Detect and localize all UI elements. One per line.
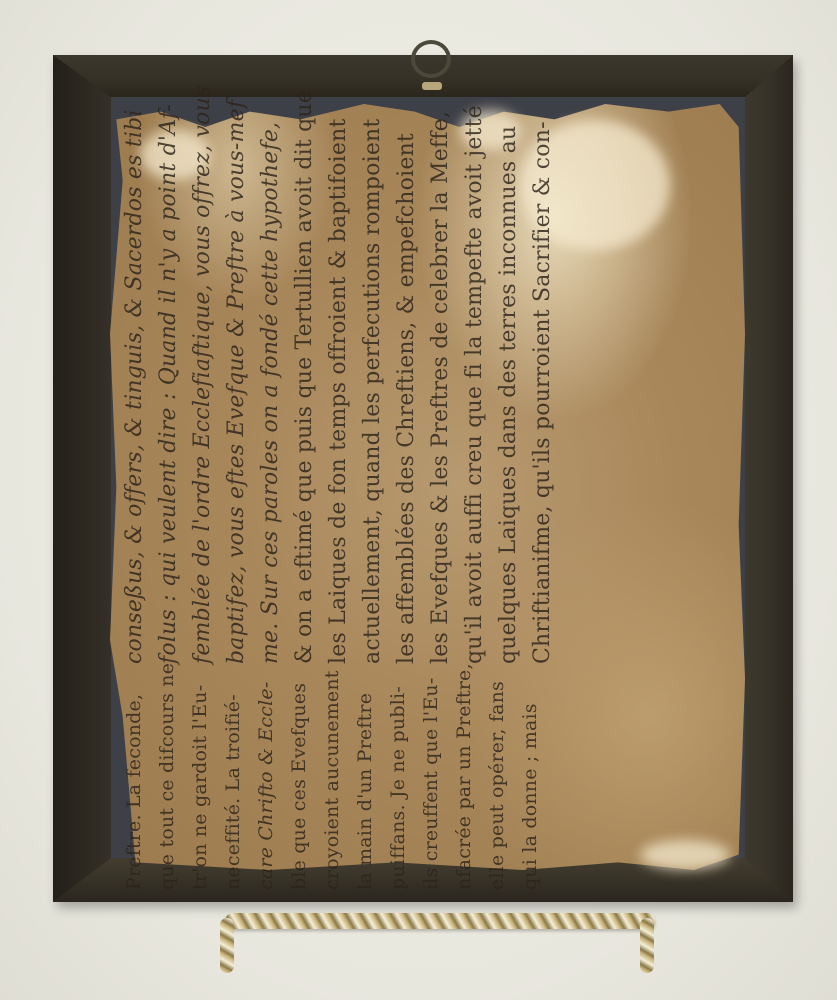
text-line: nfacrée par un Preftre, (448, 663, 481, 890)
frame-left-rail (53, 55, 111, 902)
easel-stand-crossbar (225, 913, 655, 929)
brass-ring-hanger-icon (411, 40, 451, 78)
text-line: conseßus, & offers, & tinguis, & Sacerdo… (118, 86, 152, 664)
text-line: que tout ce difcours ne (151, 663, 184, 890)
text-line: me. Sur ces paroles on a fondé cette hyp… (254, 86, 288, 664)
text-line: baptifez, vous eftes Evefque & Preftre à… (220, 86, 254, 664)
text-line: puiffans. Je ne publi- (382, 663, 415, 890)
text-line: croyoient aucunement (316, 663, 349, 890)
text-line: qu'il avoit auffi creu que fi la tempeft… (458, 86, 492, 664)
text-line: Chriftianifme, qu'ils pourroient Sacrifi… (526, 86, 560, 664)
text-line: folus : qui veulent dire : Quand il n'y … (152, 86, 186, 664)
easel-stand-left-leg (220, 918, 234, 973)
text-line: femblée de l'ordre Ecclefiaftique, vous … (186, 86, 220, 664)
text-line: la main d'un Preftre (349, 663, 382, 890)
easel-stand-right-leg (640, 918, 654, 973)
hanger-clip (422, 82, 442, 90)
text-line: les affemblées des Chreftiens, & empefch… (390, 86, 424, 664)
text-line: qui la donne ; mais (514, 663, 547, 890)
text-line: Preftre. La feconde, (118, 663, 151, 890)
text-line: neceffité. La troifié- (217, 663, 250, 890)
paper-stain (640, 840, 730, 870)
text-line: actuellement, quand les perfecutions rom… (356, 86, 390, 664)
text-line: care Chrifto & Eccle- (250, 663, 283, 890)
text-line: quelques Laiques dans des terres inconnu… (492, 86, 526, 664)
text-line: & on a eftimé que puis que Tertullien av… (288, 86, 322, 664)
text-line: ils creuffent que l'Eu- (415, 663, 448, 890)
text-line: tr'on ne gardoit l'Eu- (184, 663, 217, 890)
text-line: ble que ces Evefques (283, 663, 316, 890)
frame-right-rail (745, 55, 793, 902)
text-line: elle peut opérer, fans (481, 663, 514, 890)
text-line: les Laiques de fon temps offroient & bap… (322, 86, 356, 664)
text-line: les Evefques & les Preftres de celebrer … (424, 86, 458, 664)
lower-text-column: Preftre. La feconde, que tout ce difcour… (118, 663, 547, 890)
upper-text-column: conseßus, & offers, & tinguis, & Sacerdo… (118, 86, 560, 664)
